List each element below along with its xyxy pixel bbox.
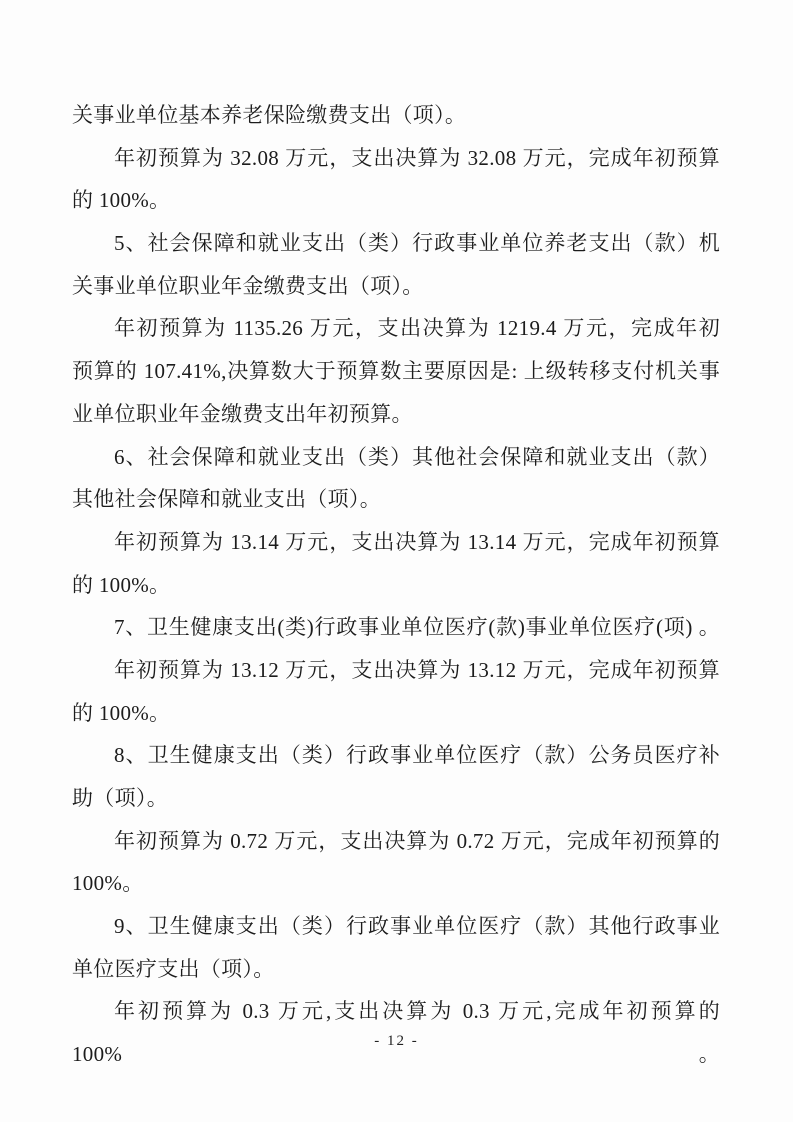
- text-line: 6、社会保障和就业支出（类）其他社会保障和就业支出（款）: [72, 436, 720, 479]
- text-line: 业单位职业年金缴费支出年初预算。: [72, 393, 720, 436]
- text-line: 年初预算为 1135.26 万元，支出决算为 1219.4 万元，完成年初: [72, 307, 720, 350]
- text-line: 年初预算为 32.08 万元，支出决算为 32.08 万元，完成年初预算: [72, 137, 720, 180]
- text-line: 的 100%。: [72, 179, 720, 222]
- text-line: 年初预算为 0.72 万元，支出决算为 0.72 万元，完成年初预算的: [72, 820, 720, 863]
- text-line: 的 100%。: [72, 564, 720, 607]
- text-line: 关事业单位基本养老保险缴费支出（项）。: [72, 94, 720, 137]
- text-line: 5、社会保障和就业支出（类）行政事业单位养老支出（款）机: [72, 222, 720, 265]
- text-line: 其他社会保障和就业支出（项）。: [72, 478, 720, 521]
- text-line: 7、卫生健康支出(类)行政事业单位医疗(款)事业单位医疗(项) 。: [72, 606, 720, 649]
- text-line: 预算的 107.41%,决算数大于预算数主要原因是: 上级转移支付机关事: [72, 350, 720, 393]
- text-line: 9、卫生健康支出（类）行政事业单位医疗（款）其他行政事业: [72, 905, 720, 948]
- document-body: 关事业单位基本养老保险缴费支出（项）。 年初预算为 32.08 万元，支出决算为…: [72, 94, 720, 1033]
- text-line: 年初预算为 13.14 万元，支出决算为 13.14 万元，完成年初预算: [72, 521, 720, 564]
- text-line: 100%。: [72, 862, 720, 905]
- text-line: 年初预算为 0.3 万元,支出决算为 0.3 万元,完成年初预算的 100%。: [72, 990, 720, 1033]
- document-page: 关事业单位基本养老保险缴费支出（项）。 年初预算为 32.08 万元，支出决算为…: [0, 0, 793, 1122]
- text-line: 关事业单位职业年金缴费支出（项）。: [72, 265, 720, 308]
- text-line: 单位医疗支出（项）。: [72, 948, 720, 991]
- page-number: - 12 -: [0, 1033, 793, 1050]
- text-line: 助（项）。: [72, 777, 720, 820]
- text-line: 8、卫生健康支出（类）行政事业单位医疗（款）公务员医疗补: [72, 734, 720, 777]
- text-line: 的 100%。: [72, 692, 720, 735]
- text-line: 年初预算为 13.12 万元，支出决算为 13.12 万元，完成年初预算: [72, 649, 720, 692]
